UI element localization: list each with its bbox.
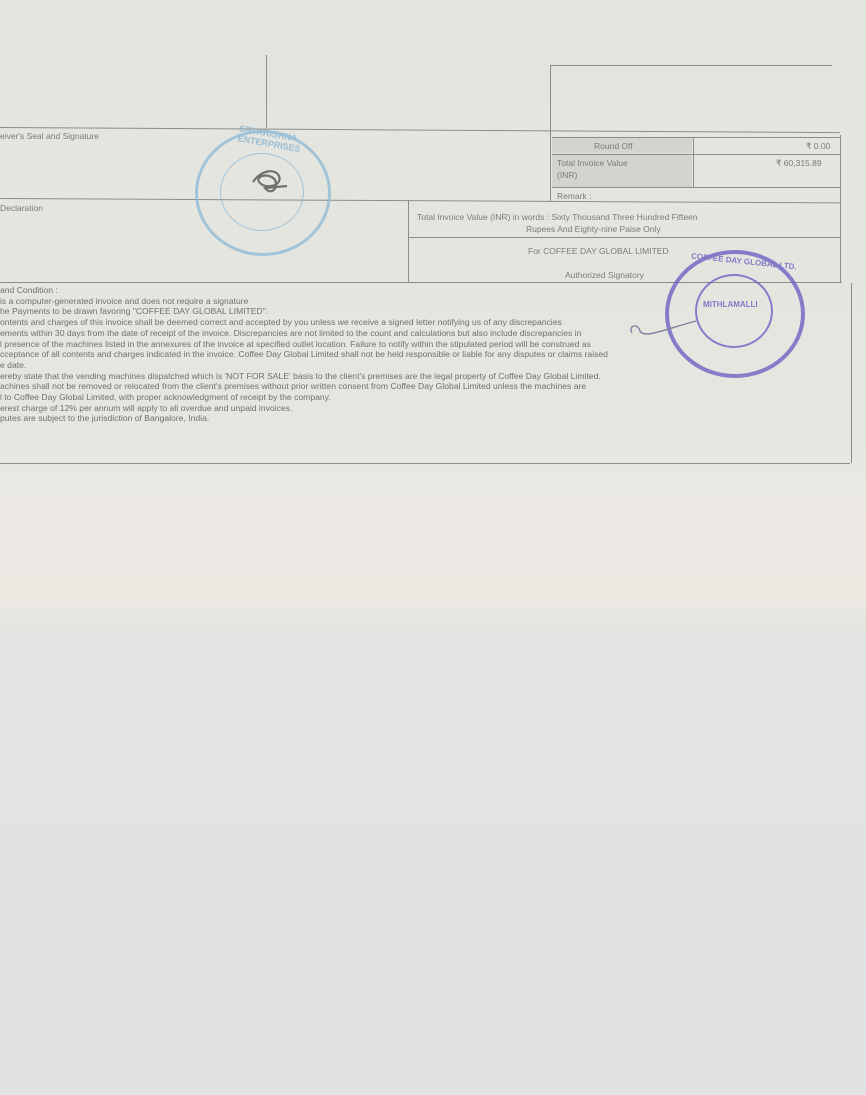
company-stamp-center: MITHLAMALLI — [703, 300, 758, 309]
company-stamp-inner-ring — [695, 274, 773, 348]
terms-heading: and Condition : — [0, 285, 608, 296]
words-rule — [409, 237, 840, 238]
summary-col-divider — [693, 137, 694, 188]
terms-line: putes are subject to the jurisdiction of… — [0, 413, 608, 424]
summary-rule-1 — [552, 137, 840, 138]
company-stamp: COFFEE DAY GLOBAL LTD. MITHLAMALLI — [665, 250, 805, 378]
declaration-label: Declaration — [0, 203, 43, 213]
total-invoice-label: Total Invoice Value — [557, 158, 628, 168]
summary-rule-3 — [552, 187, 840, 188]
terms-line: ereby state that the vending machines di… — [0, 371, 608, 382]
receiver-stamp: SRI KRISHNA ENTERPRISES — [195, 130, 331, 256]
right-edge — [840, 135, 841, 282]
terms-line: he Payments to be drawn favoring "COFFEE… — [0, 306, 608, 317]
terms-line: l presence of the machines listed in the… — [0, 339, 608, 350]
receiver-seal-label: eiver's Seal and Signature — [0, 131, 99, 141]
authorized-signatory-label: Authorized Signatory — [565, 270, 644, 280]
row-rule-receiver — [0, 127, 840, 133]
vertical-divider-words — [408, 200, 409, 282]
total-invoice-value: ₹ 60,315.89 — [776, 158, 822, 169]
row-rule-bottom — [0, 463, 850, 464]
terms-line: is a computer-generated invoice and does… — [0, 296, 608, 307]
terms-line: achines shall not be removed or relocate… — [0, 381, 608, 392]
round-off-label: Round Off — [594, 141, 633, 151]
terms-line: erest charge of 12% per annum will apply… — [0, 403, 608, 414]
terms-and-conditions: and Condition : is a computer-generated … — [0, 285, 608, 424]
terms-line: ements within 30 days from the date of r… — [0, 328, 608, 339]
terms-line: ontents and charges of this invoice shal… — [0, 317, 608, 328]
box-top-right-top — [550, 65, 832, 66]
for-company-label: For COFFEE DAY GLOBAL LIMITED — [528, 246, 669, 256]
round-off-value: ₹ 0.00 — [806, 141, 830, 152]
authorized-signature-icon — [626, 315, 706, 345]
total-invoice-label-unit: (INR) — [557, 170, 577, 180]
terms-line: e date. — [0, 360, 608, 371]
box-top-right-left — [550, 65, 551, 202]
terms-line: l to Coffee Day Global Limited, with pro… — [0, 392, 608, 403]
company-stamp-text: COFFEE DAY GLOBAL LTD. — [691, 251, 797, 271]
summary-rule-2 — [552, 154, 840, 155]
amount-in-words-line1: Total Invoice Value (INR) in words : Six… — [417, 212, 698, 222]
amount-in-words-line2: Rupees And Eighty-nine Paise Only — [526, 224, 661, 234]
terms-line: cceptance of all contents and charges in… — [0, 349, 608, 360]
remark-label: Remark : — [557, 191, 591, 201]
row-rule-declaration — [0, 198, 840, 203]
right-edge-terms — [851, 283, 852, 463]
vertical-divider-top — [266, 55, 267, 128]
